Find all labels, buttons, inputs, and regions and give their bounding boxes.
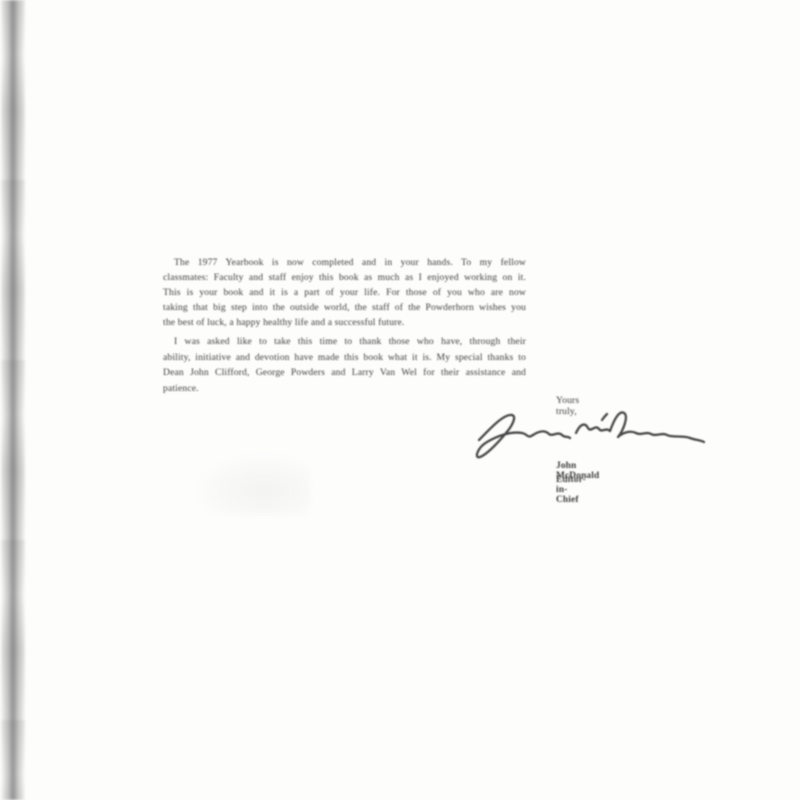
letter-line: patience. (163, 381, 526, 397)
signed-title: Editor-in-Chief (556, 475, 586, 505)
letter-paragraph-2: I was asked like to take this time to th… (163, 334, 526, 396)
letter-line: This is your book and it is a part of yo… (163, 285, 526, 300)
letter-paragraph-1: The 1977 Yearbook is now completed and i… (163, 255, 526, 330)
handwritten-signature (452, 402, 708, 468)
letter-line: Dean John Clifford, George Powders and L… (163, 365, 526, 381)
letter-line: ability, initiative and devotion have ma… (163, 350, 526, 366)
letter-line: The 1977 Yearbook is now completed and i… (163, 255, 526, 270)
book-gutter-shadow (1, 0, 25, 800)
letter-line: classmates: Faculty and staff enjoy this… (163, 270, 526, 285)
scan-smudge-artifact (195, 455, 310, 515)
scanned-letter-page: The 1977 Yearbook is now completed and i… (0, 0, 800, 800)
letter-line: the best of luck, a happy healthy life a… (163, 315, 526, 330)
letter-line: taking that big step into the outside wo… (163, 300, 526, 315)
letter-line: I was asked like to take this time to th… (163, 334, 526, 350)
